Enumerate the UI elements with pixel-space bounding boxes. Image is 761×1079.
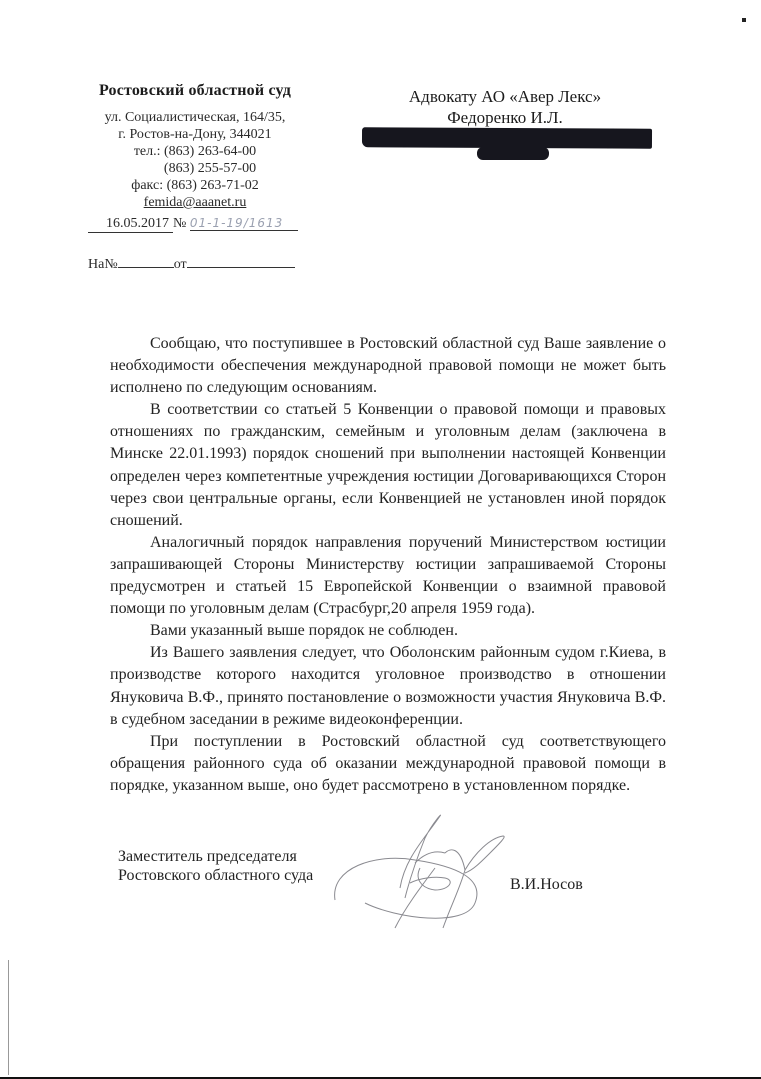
scan-edge-line	[8, 960, 9, 1075]
ref-number-blank	[118, 255, 174, 268]
handwritten-signature-icon	[325, 808, 525, 933]
letterhead: Ростовский областной суд ул. Социалистич…	[80, 82, 310, 211]
number-label: №	[173, 216, 186, 231]
court-name: Ростовский областной суд	[80, 82, 310, 100]
signatory-title-line-2: Ростовского областного суда	[118, 866, 313, 885]
redaction-bar-small	[477, 147, 549, 160]
redaction-bar	[362, 127, 652, 149]
registration-line: 16.05.2017№ 01-1-19/1613	[88, 216, 298, 233]
reference-line: На№от	[88, 255, 295, 273]
paragraph: Аналогичный порядок направления поручени…	[110, 532, 666, 620]
paragraph: При поступлении в Ростовский областной с…	[110, 731, 666, 797]
addressee-name: Федоренко И.Л.	[380, 107, 630, 128]
signatory-title: Заместитель председателя Ростовского обл…	[118, 847, 313, 885]
paragraph: Вами указанный выше порядок не соблюден.	[110, 620, 666, 642]
paragraph: В соответствии со статьей 5 Конвенции о …	[110, 399, 666, 532]
outgoing-date: 16.05.2017	[88, 216, 173, 233]
phone-1: тел.: (863) 263-64-00	[80, 143, 310, 160]
address-street: ул. Социалистическая, 164/35,	[80, 109, 310, 126]
letter-page: Ростовский областной суд ул. Социалистич…	[0, 0, 761, 1079]
outgoing-number-handwritten: 01-1-19/1613	[190, 216, 298, 231]
signatory-title-line-1: Заместитель председателя	[118, 847, 313, 866]
paragraph: Сообщаю, что поступившее в Ростовский об…	[110, 333, 666, 399]
paragraph: Из Вашего заявления следует, что Оболонс…	[110, 642, 666, 730]
phone-2: (863) 255-57-00	[80, 160, 310, 177]
scan-artifact-dot	[742, 18, 746, 22]
addressee-block: Адвокату АО «Авер Лекс» Федоренко И.Л.	[380, 86, 630, 128]
ref-from-label: от	[174, 257, 187, 272]
signatory-name: В.И.Носов	[510, 876, 583, 894]
email-link[interactable]: femida@aaanet.ru	[144, 195, 247, 210]
ref-date-blank	[187, 255, 295, 268]
ref-number-label: На№	[88, 257, 118, 272]
letter-body: Сообщаю, что поступившее в Ростовский об…	[110, 333, 666, 797]
addressee-line-1: Адвокату АО «Авер Лекс»	[380, 86, 630, 107]
address-city: г. Ростов-на-Дону, 344021	[80, 126, 310, 143]
fax: факс: (863) 263-71-02	[80, 177, 310, 194]
